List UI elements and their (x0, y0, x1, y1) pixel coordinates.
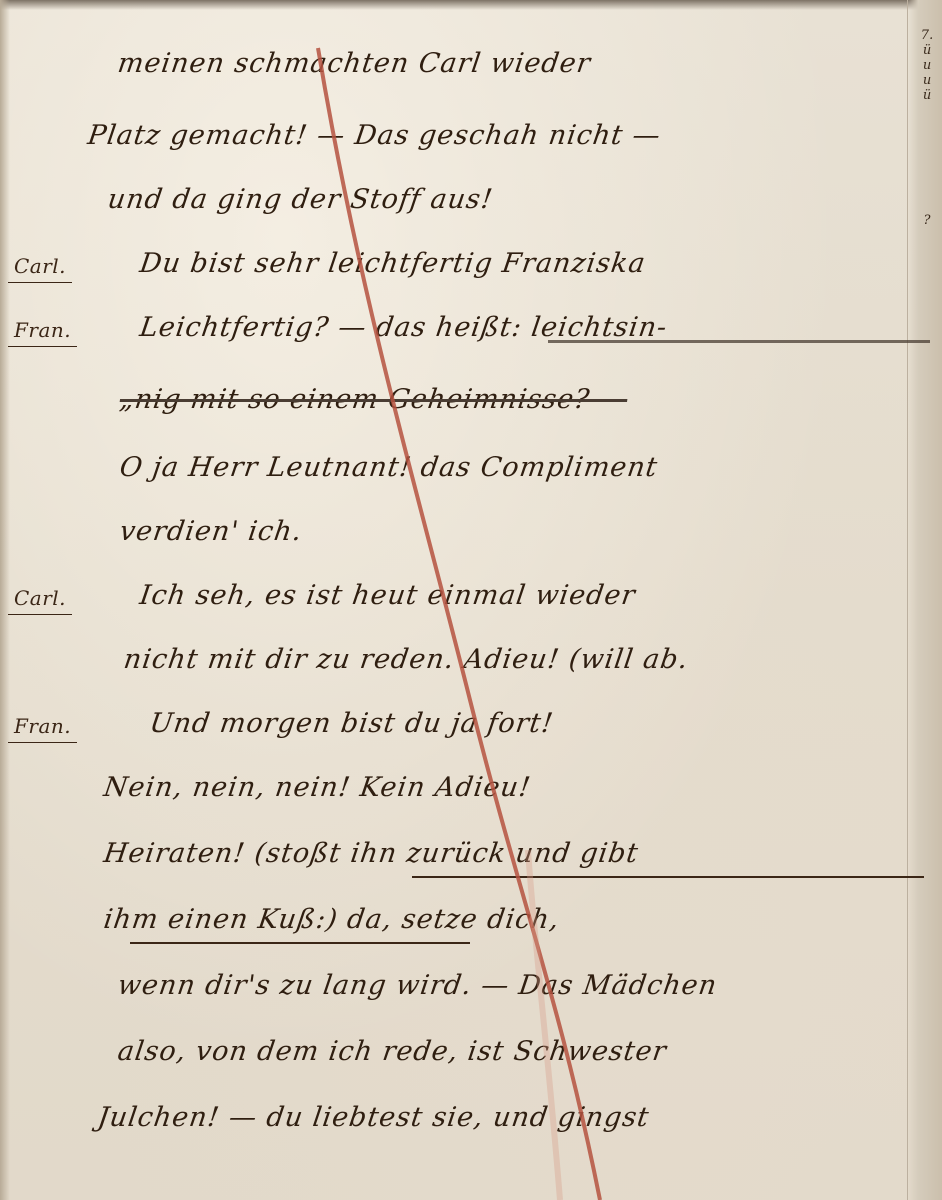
line-text: meinen schmachten Carl wieder (116, 48, 593, 79)
text-line: Julchen! — du liebtest sie, und gingst (0, 1094, 930, 1154)
text-line: und da ging der Stoff aus! (0, 176, 930, 236)
line-text: und da ging der Stoff aus! (106, 184, 495, 215)
line-text: Ich seh, es ist heut einmal wieder (138, 580, 638, 611)
line-text: Und morgen bist du ja fort! (148, 708, 556, 739)
line-text: wenn dir's zu lang wird. — Das Mädchen (116, 970, 719, 1001)
underline-mark (130, 942, 470, 944)
text-line: nicht mit dir zu reden. Adieu! (will ab. (0, 636, 930, 696)
speaker-label: Carl. (8, 254, 72, 283)
line-text: Heiraten! (stoßt ihn zurück und gibt (102, 838, 641, 869)
text-line: meinen schmachten Carl wieder (0, 40, 930, 100)
line-text: verdien' ich. (118, 516, 305, 547)
line-text: Platz gemacht! — Das geschah nicht — (86, 120, 663, 151)
line-text-partially-struck: Leichtfertig? — das heißt: leichtsin- (138, 312, 670, 343)
strikethrough-mark (548, 340, 930, 343)
line-text: also, von dem ich rede, ist Schwester (116, 1036, 669, 1067)
speaker-label: Fran. (8, 714, 77, 743)
text-line: „nig mit so einem Geheimnisse? — (0, 376, 930, 436)
text-line: ihm einen Kuß:) da, setze dich, (0, 896, 930, 956)
text-line: Fran. Leichtfertig? — das heißt: leichts… (0, 304, 930, 364)
text-line: Fran. Und morgen bist du ja fort! (0, 700, 930, 760)
line-text: nicht mit dir zu reden. Adieu! (will ab. (122, 644, 691, 675)
text-line: verdien' ich. (0, 508, 930, 568)
line-text-struck: „nig mit so einem Geheimnisse? — (118, 384, 630, 415)
line-text: O ja Herr Leutnant! das Compliment (118, 452, 660, 483)
text-line: Carl. Du bist sehr leichtfertig Franzisk… (0, 240, 930, 300)
manuscript-page: 7. ü u u ü ? meinen schmachten Carl wied… (0, 0, 942, 1200)
text-line: Heiraten! (stoßt ihn zurück und gibt (0, 830, 930, 890)
speaker-label: Fran. (8, 318, 77, 347)
text-line: Carl. Ich seh, es ist heut einmal wieder (0, 572, 930, 632)
line-text: Nein, nein, nein! Kein Adieu! (102, 772, 533, 803)
speaker-label: Carl. (8, 586, 72, 615)
text-line: O ja Herr Leutnant! das Compliment (0, 444, 930, 504)
line-text: Julchen! — du liebtest sie, und gingst (96, 1102, 652, 1133)
text-line: also, von dem ich rede, ist Schwester (0, 1028, 930, 1088)
text-line: wenn dir's zu lang wird. — Das Mädchen (0, 962, 930, 1022)
line-text: ihm einen Kuß:) da, setze dich, (102, 904, 562, 935)
text-line: Nein, nein, nein! Kein Adieu! (0, 764, 930, 824)
line-text: Du bist sehr leichtfertig Franziska (138, 248, 648, 279)
underline-mark (412, 876, 924, 878)
page-top-edge (0, 0, 942, 10)
text-line: Platz gemacht! — Das geschah nicht — (0, 112, 930, 172)
